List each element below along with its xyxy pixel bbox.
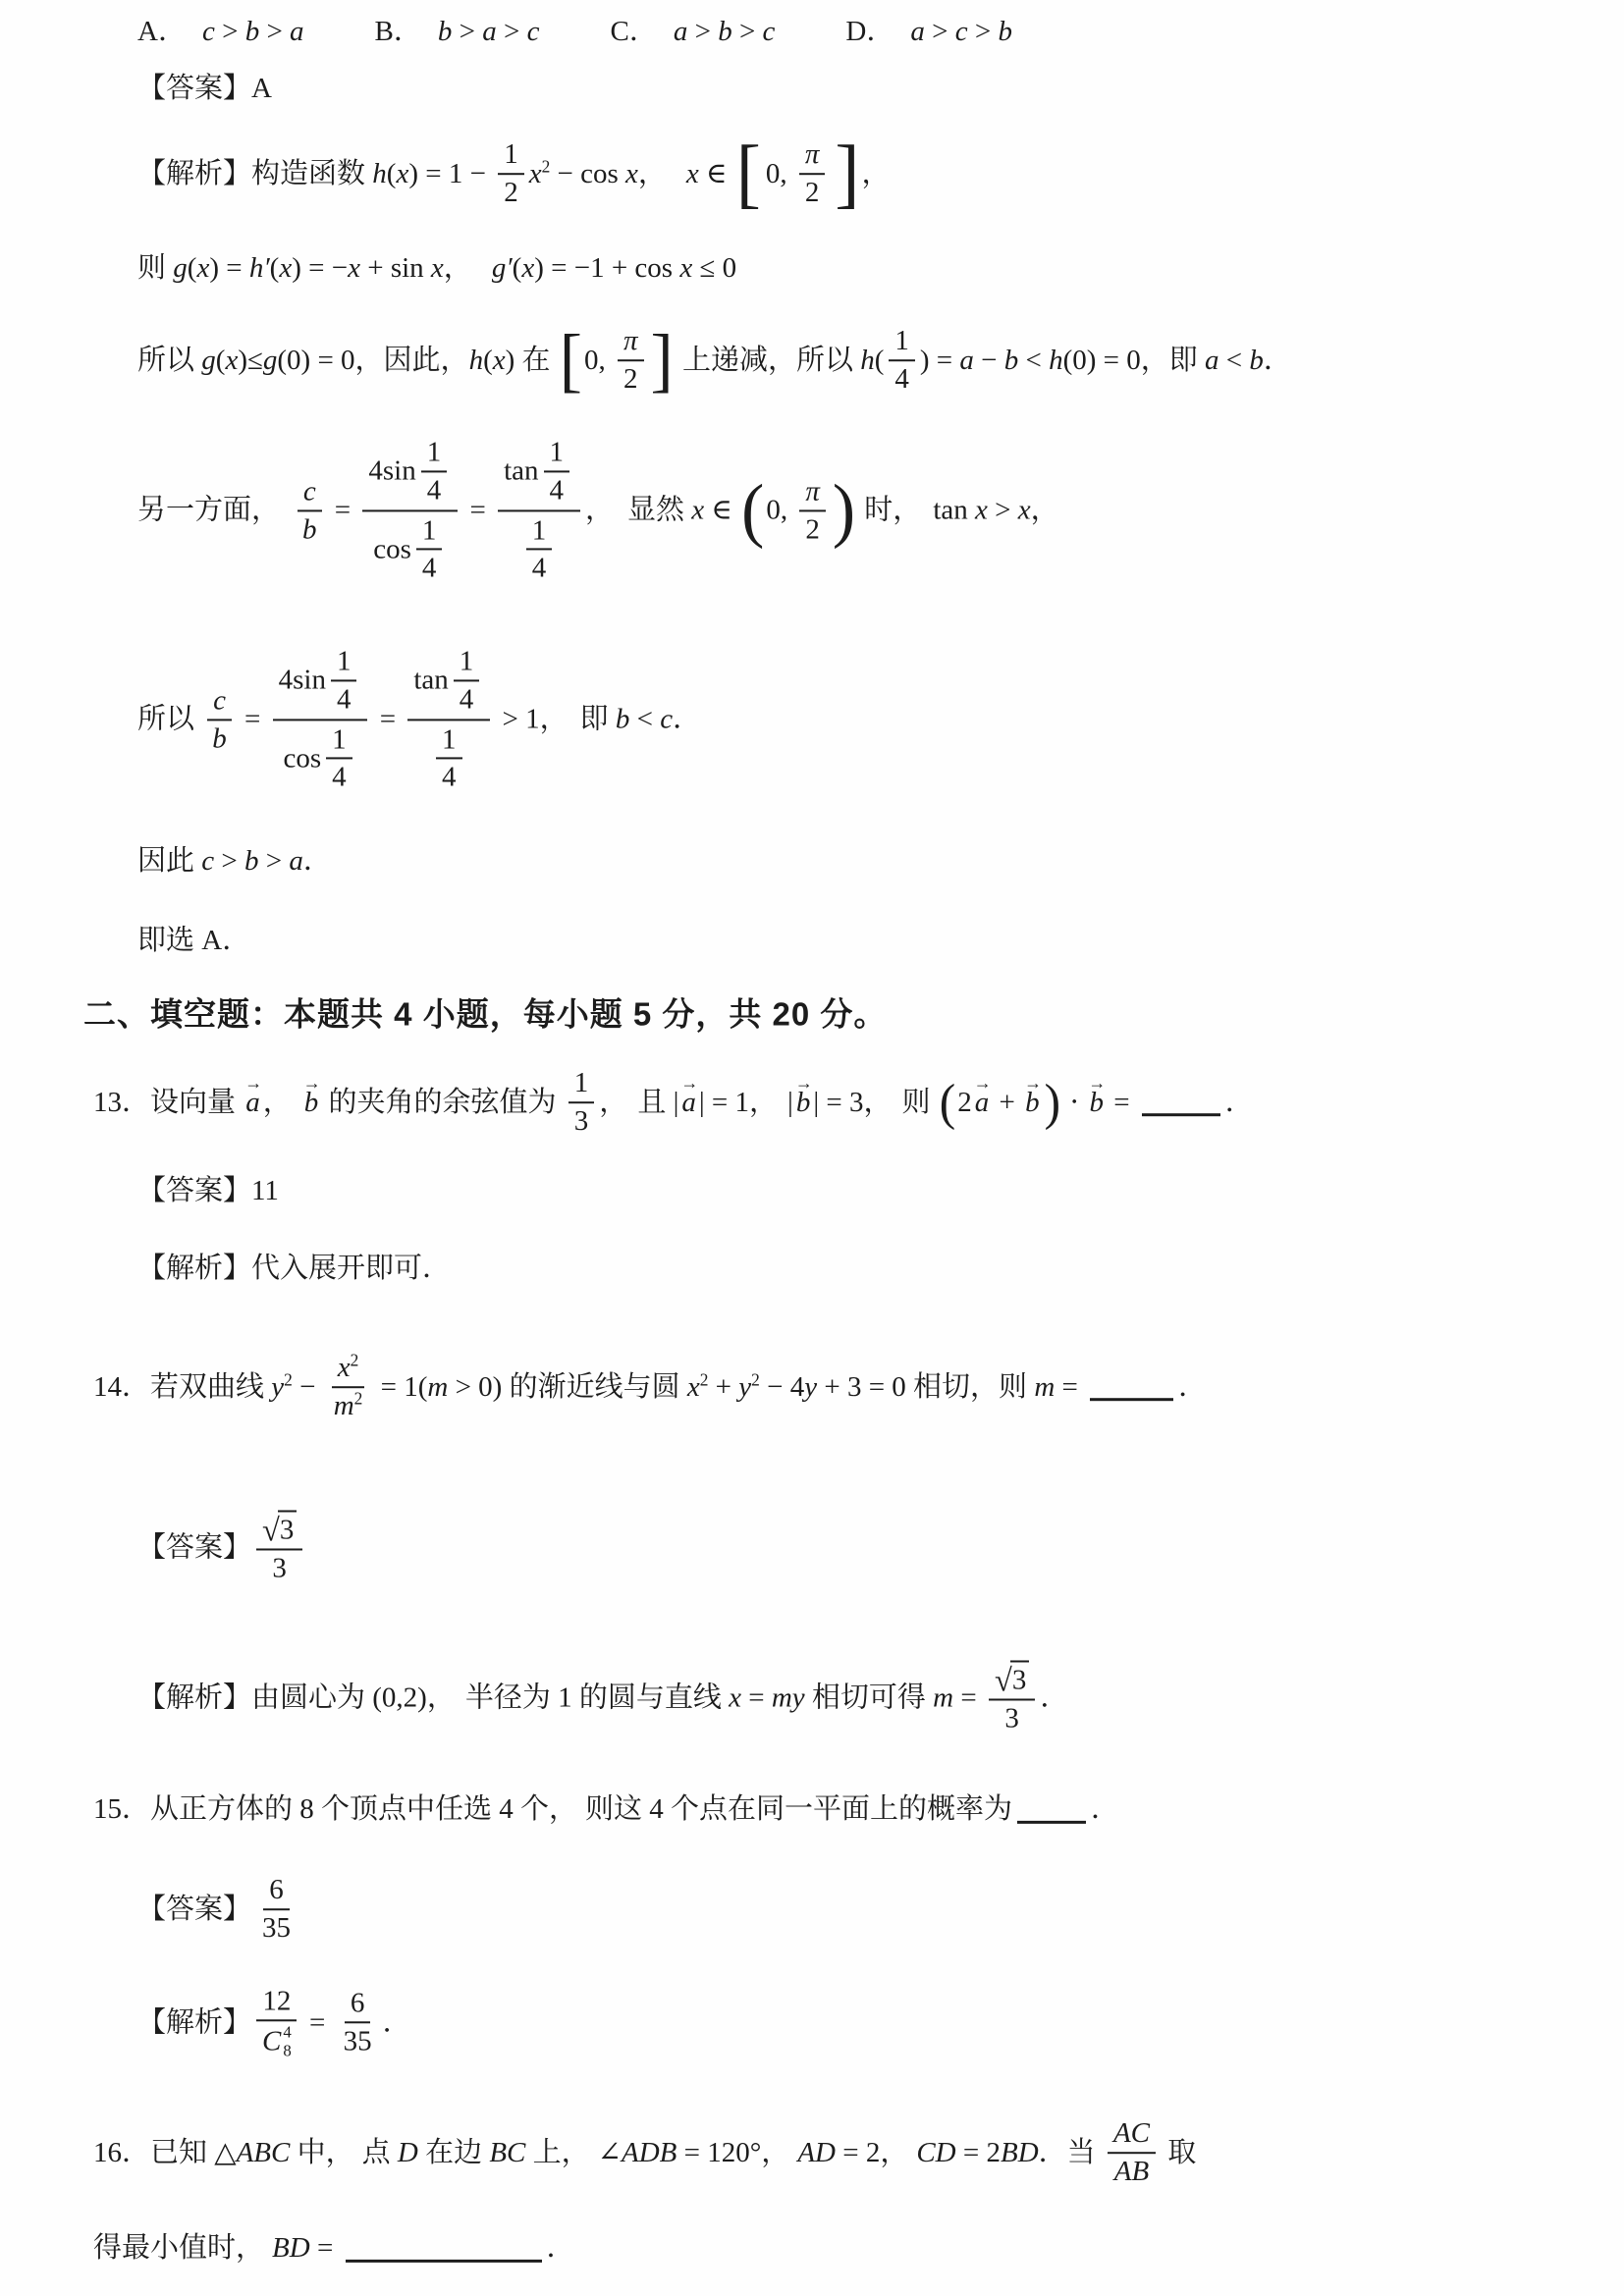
- answer-15: 【答案】635: [137, 1872, 301, 1947]
- seg-txt: ．: [1091, 1791, 1119, 1827]
- seg-it: x: [691, 493, 704, 528]
- seg-it: a: [290, 14, 304, 49]
- seg-gap: [667, 174, 686, 175]
- seg-it: x: [679, 250, 692, 286]
- seg-txt: >: [215, 14, 245, 49]
- seg-gap: [577, 1809, 585, 1810]
- seg-txt: =: [372, 702, 403, 737]
- seg-txt: 4: [422, 552, 437, 586]
- seg-gap: [921, 510, 933, 511]
- seg-txt: 则: [902, 1085, 938, 1120]
- section-2-header: 二、填空题：本题共 4 小题，每小题 5 分，共 20 分。: [83, 993, 887, 1034]
- question-16-line2: 得最小值时，BD = ．: [93, 2230, 575, 2266]
- seg-txt: 则这 4 个点在同一平面上的概率为: [585, 1791, 1012, 1827]
- seg-txt: ) 在: [506, 343, 558, 378]
- seg-txt: |: [787, 1085, 793, 1120]
- seg-gap: [539, 31, 610, 32]
- seg-gap: [304, 31, 375, 32]
- seg-it: my: [772, 1681, 805, 1716]
- seg-txt: (0) = 0，即: [1063, 343, 1205, 378]
- seg-txt: + sin: [360, 250, 431, 286]
- seg-gap: [830, 174, 833, 175]
- seg-it: π: [805, 137, 820, 172]
- seg-big: [: [560, 332, 582, 389]
- seg-gap: [472, 268, 492, 269]
- seg-big: ]: [651, 332, 674, 389]
- seg-it: x: [225, 343, 238, 378]
- seg-txt: ∠: [598, 2135, 622, 2170]
- seg-gap: [422, 31, 438, 32]
- seg-txt: 半径为 1 的圆与直线: [465, 1681, 729, 1716]
- answer-label: 【答案】A: [137, 71, 272, 106]
- seg-sup1: x2: [338, 1351, 359, 1385]
- seg-frac: cb: [297, 473, 323, 548]
- seg-txt: 即选 A．: [137, 923, 250, 958]
- seg-txt: ≤ 0: [692, 250, 736, 286]
- seg-txt: >: [452, 14, 482, 49]
- seg-txt: +: [992, 1085, 1022, 1120]
- question-16-number: 16．已知 △: [93, 2135, 237, 2170]
- seg-ss: C48: [262, 2022, 292, 2060]
- seg-txt: − cos: [550, 156, 625, 191]
- seg-it: b: [302, 512, 317, 547]
- seg-txt: tan: [413, 664, 448, 698]
- seg-it: m: [427, 1369, 448, 1405]
- seg-txt: ．: [1225, 1085, 1254, 1120]
- seg-txt: )≤: [238, 343, 263, 378]
- seg-txt: 6: [269, 1873, 284, 1907]
- seg-txt: ，: [638, 156, 667, 191]
- seg-it: x: [521, 250, 534, 286]
- seg-sqrt: √3: [995, 1660, 1029, 1697]
- seg-txt: >: [988, 493, 1018, 528]
- seg-txt: <: [629, 702, 660, 737]
- option-a-label: A．: [137, 14, 187, 49]
- seg-frac: π2: [799, 473, 826, 548]
- seg-gap: [893, 1102, 902, 1103]
- seg-txt: 1: [532, 513, 547, 548]
- seg-txt: ，: [585, 493, 614, 528]
- seg-txt: (: [216, 343, 226, 378]
- seg-it: x: [625, 156, 638, 191]
- seg-frac: 14: [416, 512, 443, 587]
- seg-it: c: [660, 702, 673, 737]
- seg-frac: π2: [618, 323, 644, 398]
- seg-it: BD: [272, 2230, 310, 2266]
- analysis-line-otherside: 另一方面，cb = 4sin14cos14 = tan1414，显然 x ∈ (…: [137, 433, 1059, 587]
- seg-it: BD: [1001, 2135, 1039, 2170]
- seg-txt: >: [968, 14, 999, 49]
- seg-txt: 2: [957, 1085, 972, 1120]
- answer-14-value: √33: [256, 1509, 302, 1586]
- seg-txt: tan: [504, 454, 538, 489]
- seg-txt: (: [387, 156, 397, 191]
- seg-frac: 14: [889, 323, 915, 398]
- seg-txt: 0,: [584, 343, 613, 378]
- seg-txt: (0) = 0，因此，: [277, 343, 468, 378]
- seg-txt: 35: [344, 2024, 372, 2058]
- seg-txt: 1: [332, 722, 347, 757]
- seg-it: AD: [797, 2135, 836, 2170]
- seg-frac: 14: [526, 512, 553, 587]
- seg-txt: > 0) 的渐近线与圆: [448, 1369, 687, 1405]
- seg-txt: 时，: [857, 493, 921, 528]
- seg-it: x: [729, 1681, 741, 1716]
- seg-vec: b: [796, 1085, 811, 1120]
- seg-gap: [292, 1102, 301, 1103]
- seg-txt: 因此: [137, 843, 201, 879]
- question-16-blank: [346, 2260, 542, 2263]
- seg-sup1: m2: [334, 1389, 363, 1423]
- option-c-label: C．: [610, 14, 657, 49]
- seg-frac: cb: [206, 682, 233, 757]
- seg-gap: [627, 1102, 637, 1103]
- seg-txt: >: [687, 14, 718, 49]
- seg-txt: 相切可得: [805, 1681, 934, 1716]
- seg-frac: 14: [421, 434, 448, 508]
- seg-it: a: [959, 343, 974, 378]
- seg-txt: 1: [894, 324, 909, 358]
- seg-it: CD: [916, 2135, 955, 2170]
- seg-it: g: [173, 250, 188, 286]
- seg-txt: ．: [1040, 1681, 1068, 1716]
- seg-txt: ，: [263, 1085, 292, 1120]
- seg-it: h: [469, 343, 484, 378]
- seg-it: c: [527, 14, 540, 49]
- seg-it: b: [212, 721, 227, 756]
- answer-13-value: 【答案】11: [137, 1173, 279, 1208]
- question-15-blank: [1017, 1821, 1086, 1824]
- seg-it: π: [805, 474, 820, 508]
- seg-txt: 1: [460, 644, 474, 678]
- question-15-number: 15．从正方体的 8 个顶点中任选 4 个，: [93, 1791, 577, 1827]
- seg-txt: 4: [442, 761, 457, 795]
- seg-it: D: [398, 2135, 418, 2170]
- seg-frac: 4sin14cos14: [362, 433, 458, 587]
- seg-txt: =: [238, 702, 268, 737]
- seg-txt: | = 3，: [813, 1085, 892, 1120]
- seg-txt: =: [328, 493, 358, 528]
- analysis-line-conclusion: 因此 c > b > a．: [137, 843, 332, 879]
- seg-frac: 13: [568, 1065, 595, 1140]
- seg-it: x: [196, 250, 209, 286]
- seg-gap: [354, 2153, 362, 2154]
- seg-txt: cos: [373, 532, 411, 566]
- seg-txt: 4: [532, 552, 547, 586]
- seg-sup1: y2: [738, 1369, 760, 1405]
- seg-it: m: [1034, 1369, 1055, 1405]
- seg-it: π: [623, 324, 638, 358]
- seg-txt: 1: [550, 435, 565, 469]
- seg-txt: 点: [362, 2135, 398, 2170]
- seg-txt: ．: [303, 843, 332, 879]
- seg-txt: 2: [805, 512, 820, 547]
- seg-frac: 4sin14cos14: [273, 642, 368, 796]
- seg-big: (: [741, 482, 764, 539]
- seg-txt: 4sin: [279, 664, 326, 698]
- seg-it: x: [348, 250, 360, 286]
- seg-txt: ) = −: [292, 250, 348, 286]
- seg-it: b: [1249, 343, 1264, 378]
- seg-txt: ∈: [704, 493, 739, 528]
- seg-sup1: x2: [687, 1369, 709, 1405]
- seg-it: b: [245, 14, 260, 49]
- seg-txt: ．: [547, 2230, 575, 2266]
- document-page: A．c > b > aB．b > a > cC．a > b > cD．a > c…: [0, 0, 1624, 2296]
- seg-frac: 14: [544, 434, 570, 508]
- options-row: A．c > b > aB．b > a > cC．a > b > cD．a > c…: [137, 14, 1012, 49]
- seg-it: c: [202, 14, 215, 49]
- seg-txt: (: [483, 343, 493, 378]
- analysis-line-derivative: 则 g(x) = h′(x) = −x + sin x，g′(x) = −1 +…: [137, 250, 736, 286]
- seg-txt: 3: [1004, 1702, 1019, 1736]
- seg-frac: x2m2: [328, 1350, 369, 1424]
- seg-it: c: [955, 14, 968, 49]
- seg-txt: 4: [337, 682, 352, 717]
- seg-txt: 得最小值时，: [93, 2230, 264, 2266]
- seg-txt: >: [497, 14, 527, 49]
- seg-it: y: [804, 1369, 817, 1405]
- seg-txt: =: [462, 493, 493, 528]
- seg-txt: 中，: [290, 2135, 353, 2170]
- seg-it: b: [718, 14, 732, 49]
- seg-it: h: [1049, 343, 1063, 378]
- seg-vec: b: [1089, 1085, 1104, 1120]
- seg-txt: =: [1055, 1369, 1085, 1405]
- seg-txt: 4: [427, 473, 442, 507]
- question-16-line1: 16．已知 △ABC 中，点 D 在边 BC 上，∠ADB = 120°，AD …: [93, 2115, 1196, 2190]
- seg-txt: 上递减，所以: [676, 343, 861, 378]
- seg-txt: =: [953, 1681, 984, 1716]
- analysis-13-text: 【解析】代入展开即可．: [137, 1251, 451, 1286]
- seg-txt: 1: [442, 722, 457, 757]
- analysis-14-text: 【解析】由圆心为 (0,2)，: [137, 1681, 456, 1716]
- seg-txt: 1: [427, 435, 442, 469]
- seg-big: ): [833, 482, 855, 539]
- question-13-number: 13．设向量: [93, 1085, 243, 1120]
- seg-it: AB: [1114, 2155, 1149, 2189]
- seg-gap: [778, 1102, 787, 1103]
- seg-txt: ) =: [209, 250, 249, 286]
- analysis-14: 【解析】由圆心为 (0,2)，半径为 1 的圆与直线 x = my 相切可得 m…: [137, 1659, 1068, 1736]
- seg-frac: 14: [331, 643, 357, 718]
- seg-gap: [775, 31, 845, 32]
- seg-it: a: [910, 14, 925, 49]
- seg-frac: 635: [338, 1985, 378, 2059]
- seg-gap: [908, 2153, 916, 2154]
- seg-txt: 3: [272, 1552, 287, 1586]
- seg-txt: 3: [574, 1104, 589, 1139]
- analysis-line-choose-a: 即选 A．: [137, 923, 250, 958]
- seg-txt: ，: [862, 156, 891, 191]
- seg-txt: 1: [337, 644, 352, 678]
- seg-it: x: [493, 343, 506, 378]
- seg-txt: 35: [262, 1911, 291, 1946]
- seg-gap: [568, 720, 580, 721]
- seg-txt: 4: [332, 761, 347, 795]
- seg-txt: =: [302, 2004, 333, 2040]
- question-13-blank: [1142, 1114, 1220, 1117]
- seg-it: g: [201, 343, 216, 378]
- seg-txt: ) =: [920, 343, 960, 378]
- seg-txt: ．: [1264, 343, 1292, 378]
- answer-choice-line: 【答案】A: [137, 71, 272, 106]
- seg-txt: 2: [805, 176, 820, 210]
- seg-vec: a: [681, 1085, 696, 1120]
- seg-txt: = 2，: [836, 2135, 908, 2170]
- seg-it: a: [674, 14, 688, 49]
- seg-it: x: [686, 156, 699, 191]
- seg-gap: [658, 31, 674, 32]
- analysis-label: 【解析】构造函数: [137, 156, 372, 191]
- seg-txt: 12: [262, 1984, 291, 2018]
- seg-txt: 显然: [627, 493, 691, 528]
- seg-txt: = 2: [956, 2135, 1001, 2170]
- seg-txt: | = 1，: [699, 1085, 778, 1120]
- seg-txt: + 3 = 0 相切，则: [817, 1369, 1034, 1405]
- seg-txt: =: [741, 1681, 772, 1716]
- seg-it: ABC: [237, 2135, 291, 2170]
- seg-it: m: [933, 1681, 953, 1716]
- seg-frac: tan1414: [407, 642, 490, 796]
- seg-it: c: [201, 843, 214, 879]
- seg-txt: 0,: [766, 493, 794, 528]
- analysis-line-cb-gt-1: 所以 cb = 4sin14cos14 = tan1414 > 1，即 b < …: [137, 642, 701, 796]
- seg-txt: ∈: [699, 156, 734, 191]
- seg-txt: − 4: [760, 1369, 804, 1405]
- seg-txt: −: [974, 343, 1004, 378]
- seg-it: x: [396, 156, 408, 191]
- answer-15-value: 635: [256, 1872, 297, 1947]
- seg-txt: ，: [1031, 493, 1059, 528]
- seg-txt: 另一方面，: [137, 493, 280, 528]
- seg-txt: ．: [1178, 1369, 1207, 1405]
- answer-14-label: 【答案】: [137, 1530, 251, 1566]
- seg-txt: 6: [351, 1986, 365, 2020]
- seg-it: h′: [249, 250, 270, 286]
- seg-it: b: [244, 843, 259, 879]
- seg-txt: <: [1219, 343, 1250, 378]
- seg-txt: (: [188, 250, 197, 286]
- question-14: 14．若双曲线 y2 − x2m2 = 1(m > 0) 的渐近线与圆 x2 +…: [93, 1350, 1207, 1424]
- seg-it: ADB: [622, 2135, 677, 2170]
- seg-frac: 14: [436, 721, 462, 796]
- seg-txt: > 1，: [495, 702, 568, 737]
- seg-gap: [456, 1697, 465, 1698]
- seg-it: b: [998, 14, 1012, 49]
- seg-sqrt: √3: [262, 1510, 297, 1547]
- seg-txt: ，: [599, 1085, 627, 1120]
- seg-txt: 2: [623, 362, 638, 397]
- seg-gap: [187, 31, 202, 32]
- section-title: 二、填空题：本题共 4 小题，每小题 5 分，共 20 分。: [83, 993, 887, 1034]
- seg-big: [: [736, 142, 761, 204]
- seg-txt: ⋅: [1062, 1085, 1086, 1120]
- seg-frac: ACAB: [1108, 2115, 1156, 2190]
- seg-it: a: [1205, 343, 1219, 378]
- answer-15-label: 【答案】: [137, 1892, 251, 1927]
- seg-gap: [614, 510, 627, 511]
- answer-13: 【答案】11: [137, 1173, 279, 1208]
- seg-gap: [590, 2153, 598, 2154]
- seg-txt: >: [259, 14, 290, 49]
- seg-txt: =: [310, 2230, 341, 2266]
- seg-it: x: [279, 250, 292, 286]
- seg-vec: b: [304, 1085, 319, 1120]
- seg-it: x: [1018, 493, 1031, 528]
- seg-it: h: [372, 156, 387, 191]
- answer-14: 【答案】√33: [137, 1509, 307, 1586]
- seg-it: AC: [1113, 2116, 1150, 2151]
- seg-gap: [264, 2248, 272, 2249]
- seg-frac: 14: [454, 643, 480, 718]
- seg-vec: b: [1025, 1085, 1040, 1120]
- analysis-15: 【解析】12C48 = 635．: [137, 1983, 411, 2060]
- analysis-15-label: 【解析】: [137, 2004, 251, 2040]
- seg-txt: >: [214, 843, 244, 879]
- analysis-13: 【解析】代入展开即可．: [137, 1251, 451, 1286]
- question-14-blank: [1090, 1399, 1173, 1402]
- seg-txt: >: [259, 843, 290, 879]
- seg-txt: 1: [422, 513, 437, 548]
- seg-it: h: [860, 343, 875, 378]
- seg-txt: >: [732, 14, 763, 49]
- seg-it: x: [431, 250, 444, 286]
- seg-it: b: [1004, 343, 1019, 378]
- seg-txt: 上，: [525, 2135, 589, 2170]
- seg-txt: 4: [894, 362, 909, 397]
- seg-txt: cos: [283, 741, 321, 775]
- seg-txt: ．: [383, 2004, 411, 2040]
- question-13: 13．设向量 a，b 的夹角的余弦值为 13，且 |a| = 1，|b| = 3…: [93, 1065, 1254, 1140]
- seg-txt: (: [513, 250, 522, 286]
- seg-txt: ，: [444, 250, 472, 286]
- seg-vec: a: [245, 1085, 260, 1120]
- seg-txt: 在边: [418, 2135, 490, 2170]
- seg-txt: 则: [137, 250, 173, 286]
- seg-txt: −: [293, 1369, 323, 1405]
- seg-sup1: y2: [271, 1369, 293, 1405]
- seg-txt: ．: [673, 702, 701, 737]
- seg-frac: √33: [989, 1659, 1035, 1736]
- seg-txt: 取: [1161, 2135, 1196, 2170]
- seg-txt: 1: [504, 137, 518, 172]
- seg-big: ): [1045, 1082, 1060, 1122]
- analysis-line-decreasing: 所以 g(x)≤g(0) = 0，因此，h(x) 在 [0, π2] 上递减，所…: [137, 323, 1292, 398]
- seg-txt: (: [875, 343, 885, 378]
- seg-txt: 1: [574, 1066, 589, 1100]
- seg-it: a: [482, 14, 497, 49]
- seg-txt: = 1(: [373, 1369, 427, 1405]
- seg-txt: 所以: [137, 702, 201, 737]
- seg-it: g′: [492, 250, 513, 286]
- seg-txt: 4: [460, 682, 474, 717]
- seg-txt: 4sin: [368, 454, 415, 489]
- seg-txt: (: [270, 250, 280, 286]
- question-15: 15．从正方体的 8 个顶点中任选 4 个，则这 4 个点在同一平面上的概率为．: [93, 1791, 1119, 1827]
- seg-it: a: [289, 843, 303, 879]
- seg-txt: = 120°，: [677, 2135, 789, 2170]
- option-d-label: D．: [845, 14, 894, 49]
- seg-it: g: [263, 343, 278, 378]
- seg-sup1: x2: [529, 156, 551, 191]
- seg-txt: 4: [550, 473, 565, 507]
- seg-txt: ) = −1 + cos: [534, 250, 679, 286]
- seg-txt: ．当: [1039, 2135, 1103, 2170]
- seg-txt: ) = 1 −: [408, 156, 493, 191]
- seg-it: b: [616, 702, 630, 737]
- seg-frac: 12: [498, 136, 524, 211]
